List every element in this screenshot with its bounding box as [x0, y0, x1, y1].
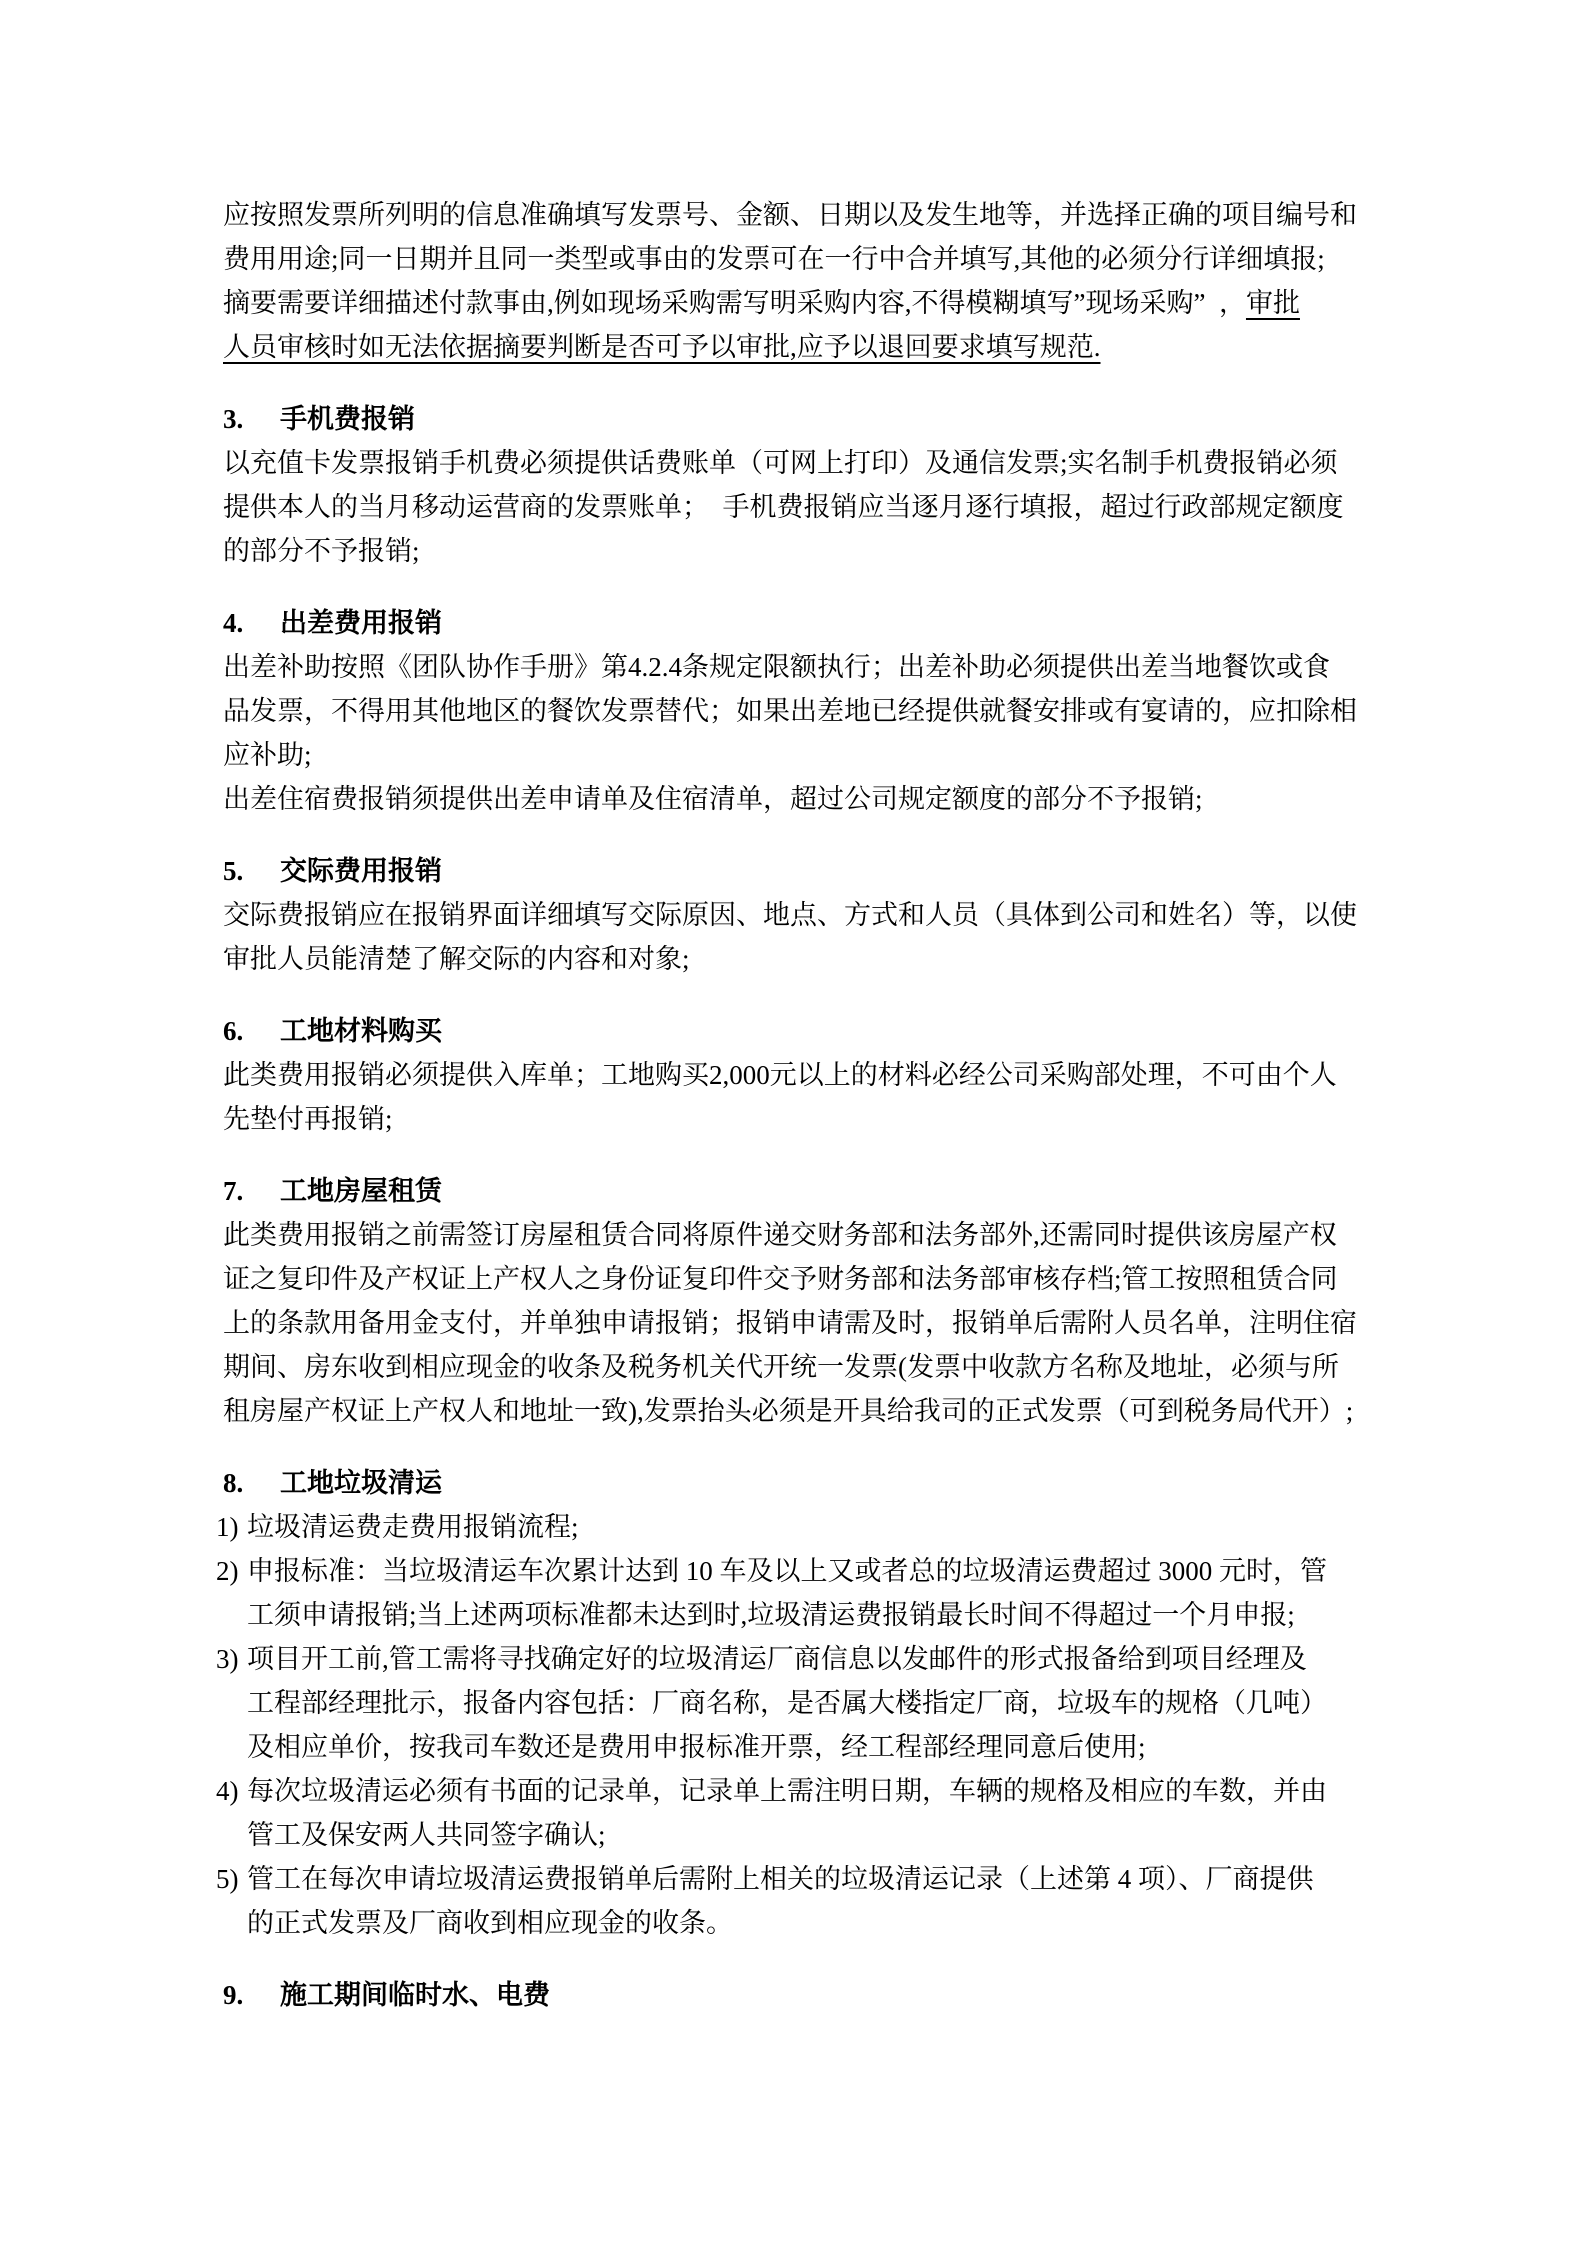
list-item-lines: 管工在每次申请垃圾清运费报销单后需附上相关的垃圾清运记录（上述第 4 项）、厂商…	[247, 1857, 1368, 1945]
section-number: 5.	[223, 849, 280, 893]
section-number: 6.	[223, 1009, 280, 1053]
section-mobile-fee: 3.手机费报销 以充值卡发票报销手机费必须提供话费账单（可网上打印）及通信发票;…	[223, 397, 1368, 573]
body-line: 申报标准：当垃圾清运车次累计达到 10 车及以上又或者总的垃圾清运费超过 300…	[247, 1549, 1368, 1593]
body-line: 此类费用报销之前需签订房屋租赁合同将原件递交财务部和法务部外,还需同时提供该房屋…	[223, 1213, 1368, 1257]
list-item: 4) 每次垃圾清运必须有书面的记录单，记录单上需注明日期，车辆的规格及相应的车数…	[216, 1769, 1368, 1857]
section-number: 9.	[223, 1973, 280, 2017]
paragraph-line: 人员审核时如无法依据摘要判断是否可予以审批,应予以退回要求填写规范.	[223, 325, 1368, 369]
list-item-lines: 申报标准：当垃圾清运车次累计达到 10 车及以上又或者总的垃圾清运费超过 300…	[247, 1549, 1368, 1637]
section-entertainment-expense: 5.交际费用报销 交际费报销应在报销界面详细填写交际原因、地点、方式和人员（具体…	[223, 849, 1368, 981]
section-title: 手机费报销	[280, 404, 415, 434]
body-line: 的正式发票及厂商收到相应现金的收条。	[247, 1901, 1368, 1945]
body-line: 证之复印件及产权证上产权人之身份证复印件交予财务部和法务部审核存档;管工按照租赁…	[223, 1257, 1368, 1301]
list-item-label: 5)	[216, 1857, 247, 1945]
list-item-label: 3)	[216, 1637, 247, 1769]
body-line: 及相应单价，按我司车数还是费用申报标准开票，经工程部经理同意后使用;	[247, 1725, 1368, 1769]
body-line: 应补助;	[223, 733, 1368, 777]
line-text: 应按照发票所列明的信息准确填写发票号、金额、日期以及发生地等，并选择正确的项目编…	[223, 200, 1357, 230]
underlined-text: 人员审核时如无法依据摘要判断是否可予以审批,应予以退回要求填写规范.	[223, 332, 1101, 362]
paragraph-line: 费用用途;同一日期并且同一类型或事由的发票可在一行中合并填写,其他的必须分行详细…	[223, 237, 1368, 281]
body-line: 品发票，不得用其他地区的餐饮发票替代；如果出差地已经提供就餐安排或有宴请的，应扣…	[223, 689, 1368, 733]
section-heading: 9.施工期间临时水、电费	[223, 1973, 1368, 2017]
section-temporary-water-electricity: 9.施工期间临时水、电费	[223, 1973, 1368, 2017]
body-line: 以充值卡发票报销手机费必须提供话费账单（可网上打印）及通信发票;实名制手机费报销…	[223, 441, 1368, 485]
section-number: 7.	[223, 1169, 280, 1213]
body-line: 先垫付再报销;	[223, 1097, 1368, 1141]
body-line: 交际费报销应在报销界面详细填写交际原因、地点、方式和人员（具体到公司和姓名）等，…	[223, 893, 1368, 937]
body-line: 出差住宿费报销须提供出差申请单及住宿清单，超过公司规定额度的部分不予报销;	[223, 777, 1368, 821]
intro-paragraph: 应按照发票所列明的信息准确填写发票号、金额、日期以及发生地等，并选择正确的项目编…	[223, 193, 1368, 369]
list-item-label: 4)	[216, 1769, 247, 1857]
section-heading: 5.交际费用报销	[223, 849, 1368, 893]
line-text: 摘要需要详细描述付款事由,例如现场采购需写明采购内容,不得模糊填写”现场采购” …	[223, 288, 1246, 318]
body-line: 的部分不予报销;	[223, 529, 1368, 573]
list-item-lines: 每次垃圾清运必须有书面的记录单，记录单上需注明日期，车辆的规格及相应的车数，并由…	[247, 1769, 1368, 1857]
list-item-label: 1)	[216, 1505, 247, 1549]
line-text: 费用用途;同一日期并且同一类型或事由的发票可在一行中合并填写,其他的必须分行详细…	[223, 244, 1325, 274]
section-title: 施工期间临时水、电费	[280, 1980, 550, 2010]
section-site-housing-rental: 7.工地房屋租赁 此类费用报销之前需签订房屋租赁合同将原件递交财务部和法务部外,…	[223, 1169, 1368, 1433]
body-line: 租房屋产权证上产权人和地址一致),发票抬头必须是开具给我司的正式发票（可到税务局…	[223, 1389, 1368, 1433]
section-title: 工地材料购买	[280, 1016, 442, 1046]
body-line: 此类费用报销必须提供入库单；工地购买2,000元以上的材料必经公司采购部处理，不…	[223, 1053, 1368, 1097]
body-line: 项目开工前,管工需将寻找确定好的垃圾清运厂商信息以发邮件的形式报备给到项目经理及	[247, 1637, 1368, 1681]
document-content: 应按照发票所列明的信息准确填写发票号、金额、日期以及发生地等，并选择正确的项目编…	[223, 193, 1368, 2017]
underlined-text: 审批	[1246, 288, 1300, 318]
body-line: 管工及保安两人共同签字确认;	[247, 1813, 1368, 1857]
section-site-garbage-removal: 8.工地垃圾清运 1) 垃圾清运费走费用报销流程; 2) 申报标准：当垃圾清运车…	[223, 1461, 1368, 1945]
body-line: 提供本人的当月移动运营商的发票账单； 手机费报销应当逐月逐行填报，超过行政部规定…	[223, 485, 1368, 529]
body-line: 工程部经理批示，报备内容包括：厂商名称，是否属大楼指定厂商，垃圾车的规格（几吨）	[247, 1681, 1368, 1725]
body-line: 期间、房东收到相应现金的收条及税务机关代开统一发票(发票中收款方名称及地址，必须…	[223, 1345, 1368, 1389]
body-line: 垃圾清运费走费用报销流程;	[247, 1505, 1368, 1549]
section-travel-expense: 4.出差费用报销 出差补助按照《团队协作手册》第4.2.4条规定限额执行；出差补…	[223, 601, 1368, 821]
section-site-materials: 6.工地材料购买 此类费用报销必须提供入库单；工地购买2,000元以上的材料必经…	[223, 1009, 1368, 1141]
body-line: 出差补助按照《团队协作手册》第4.2.4条规定限额执行；出差补助必须提供出差当地…	[223, 645, 1368, 689]
section-heading: 4.出差费用报销	[223, 601, 1368, 645]
body-line: 工须申请报销;当上述两项标准都未达到时,垃圾清运费报销最长时间不得超过一个月申报…	[247, 1593, 1368, 1637]
list-item: 2) 申报标准：当垃圾清运车次累计达到 10 车及以上又或者总的垃圾清运费超过 …	[216, 1549, 1368, 1637]
list-item: 1) 垃圾清运费走费用报销流程;	[216, 1505, 1368, 1549]
section-number: 3.	[223, 397, 280, 441]
section-heading: 3.手机费报销	[223, 397, 1368, 441]
section-heading: 8.工地垃圾清运	[223, 1461, 1368, 1505]
section-heading: 7.工地房屋租赁	[223, 1169, 1368, 1213]
section-title: 工地垃圾清运	[280, 1468, 442, 1498]
body-line: 审批人员能清楚了解交际的内容和对象;	[223, 937, 1368, 981]
list-item-lines: 项目开工前,管工需将寻找确定好的垃圾清运厂商信息以发邮件的形式报备给到项目经理及…	[247, 1637, 1368, 1769]
list-item-label: 2)	[216, 1549, 247, 1637]
list-item: 3) 项目开工前,管工需将寻找确定好的垃圾清运厂商信息以发邮件的形式报备给到项目…	[216, 1637, 1368, 1769]
section-heading: 6.工地材料购买	[223, 1009, 1368, 1053]
list-item: 5) 管工在每次申请垃圾清运费报销单后需附上相关的垃圾清运记录（上述第 4 项）…	[216, 1857, 1368, 1945]
section-title: 出差费用报销	[280, 608, 442, 638]
section-number: 4.	[223, 601, 280, 645]
paragraph-line: 应按照发票所列明的信息准确填写发票号、金额、日期以及发生地等，并选择正确的项目编…	[223, 193, 1368, 237]
section-title: 工地房屋租赁	[280, 1176, 442, 1206]
body-line: 上的条款用备用金支付，并单独申请报销；报销申请需及时，报销单后需附人员名单，注明…	[223, 1301, 1368, 1345]
list-item-lines: 垃圾清运费走费用报销流程;	[247, 1505, 1368, 1549]
body-line: 每次垃圾清运必须有书面的记录单，记录单上需注明日期，车辆的规格及相应的车数，并由	[247, 1769, 1368, 1813]
section-number: 8.	[223, 1461, 280, 1505]
section-title: 交际费用报销	[280, 856, 442, 886]
paragraph-line: 摘要需要详细描述付款事由,例如现场采购需写明采购内容,不得模糊填写”现场采购” …	[223, 281, 1368, 325]
body-line: 管工在每次申请垃圾清运费报销单后需附上相关的垃圾清运记录（上述第 4 项）、厂商…	[247, 1857, 1368, 1901]
document-page: 应按照发票所列明的信息准确填写发票号、金额、日期以及发生地等，并选择正确的项目编…	[0, 0, 1587, 2245]
